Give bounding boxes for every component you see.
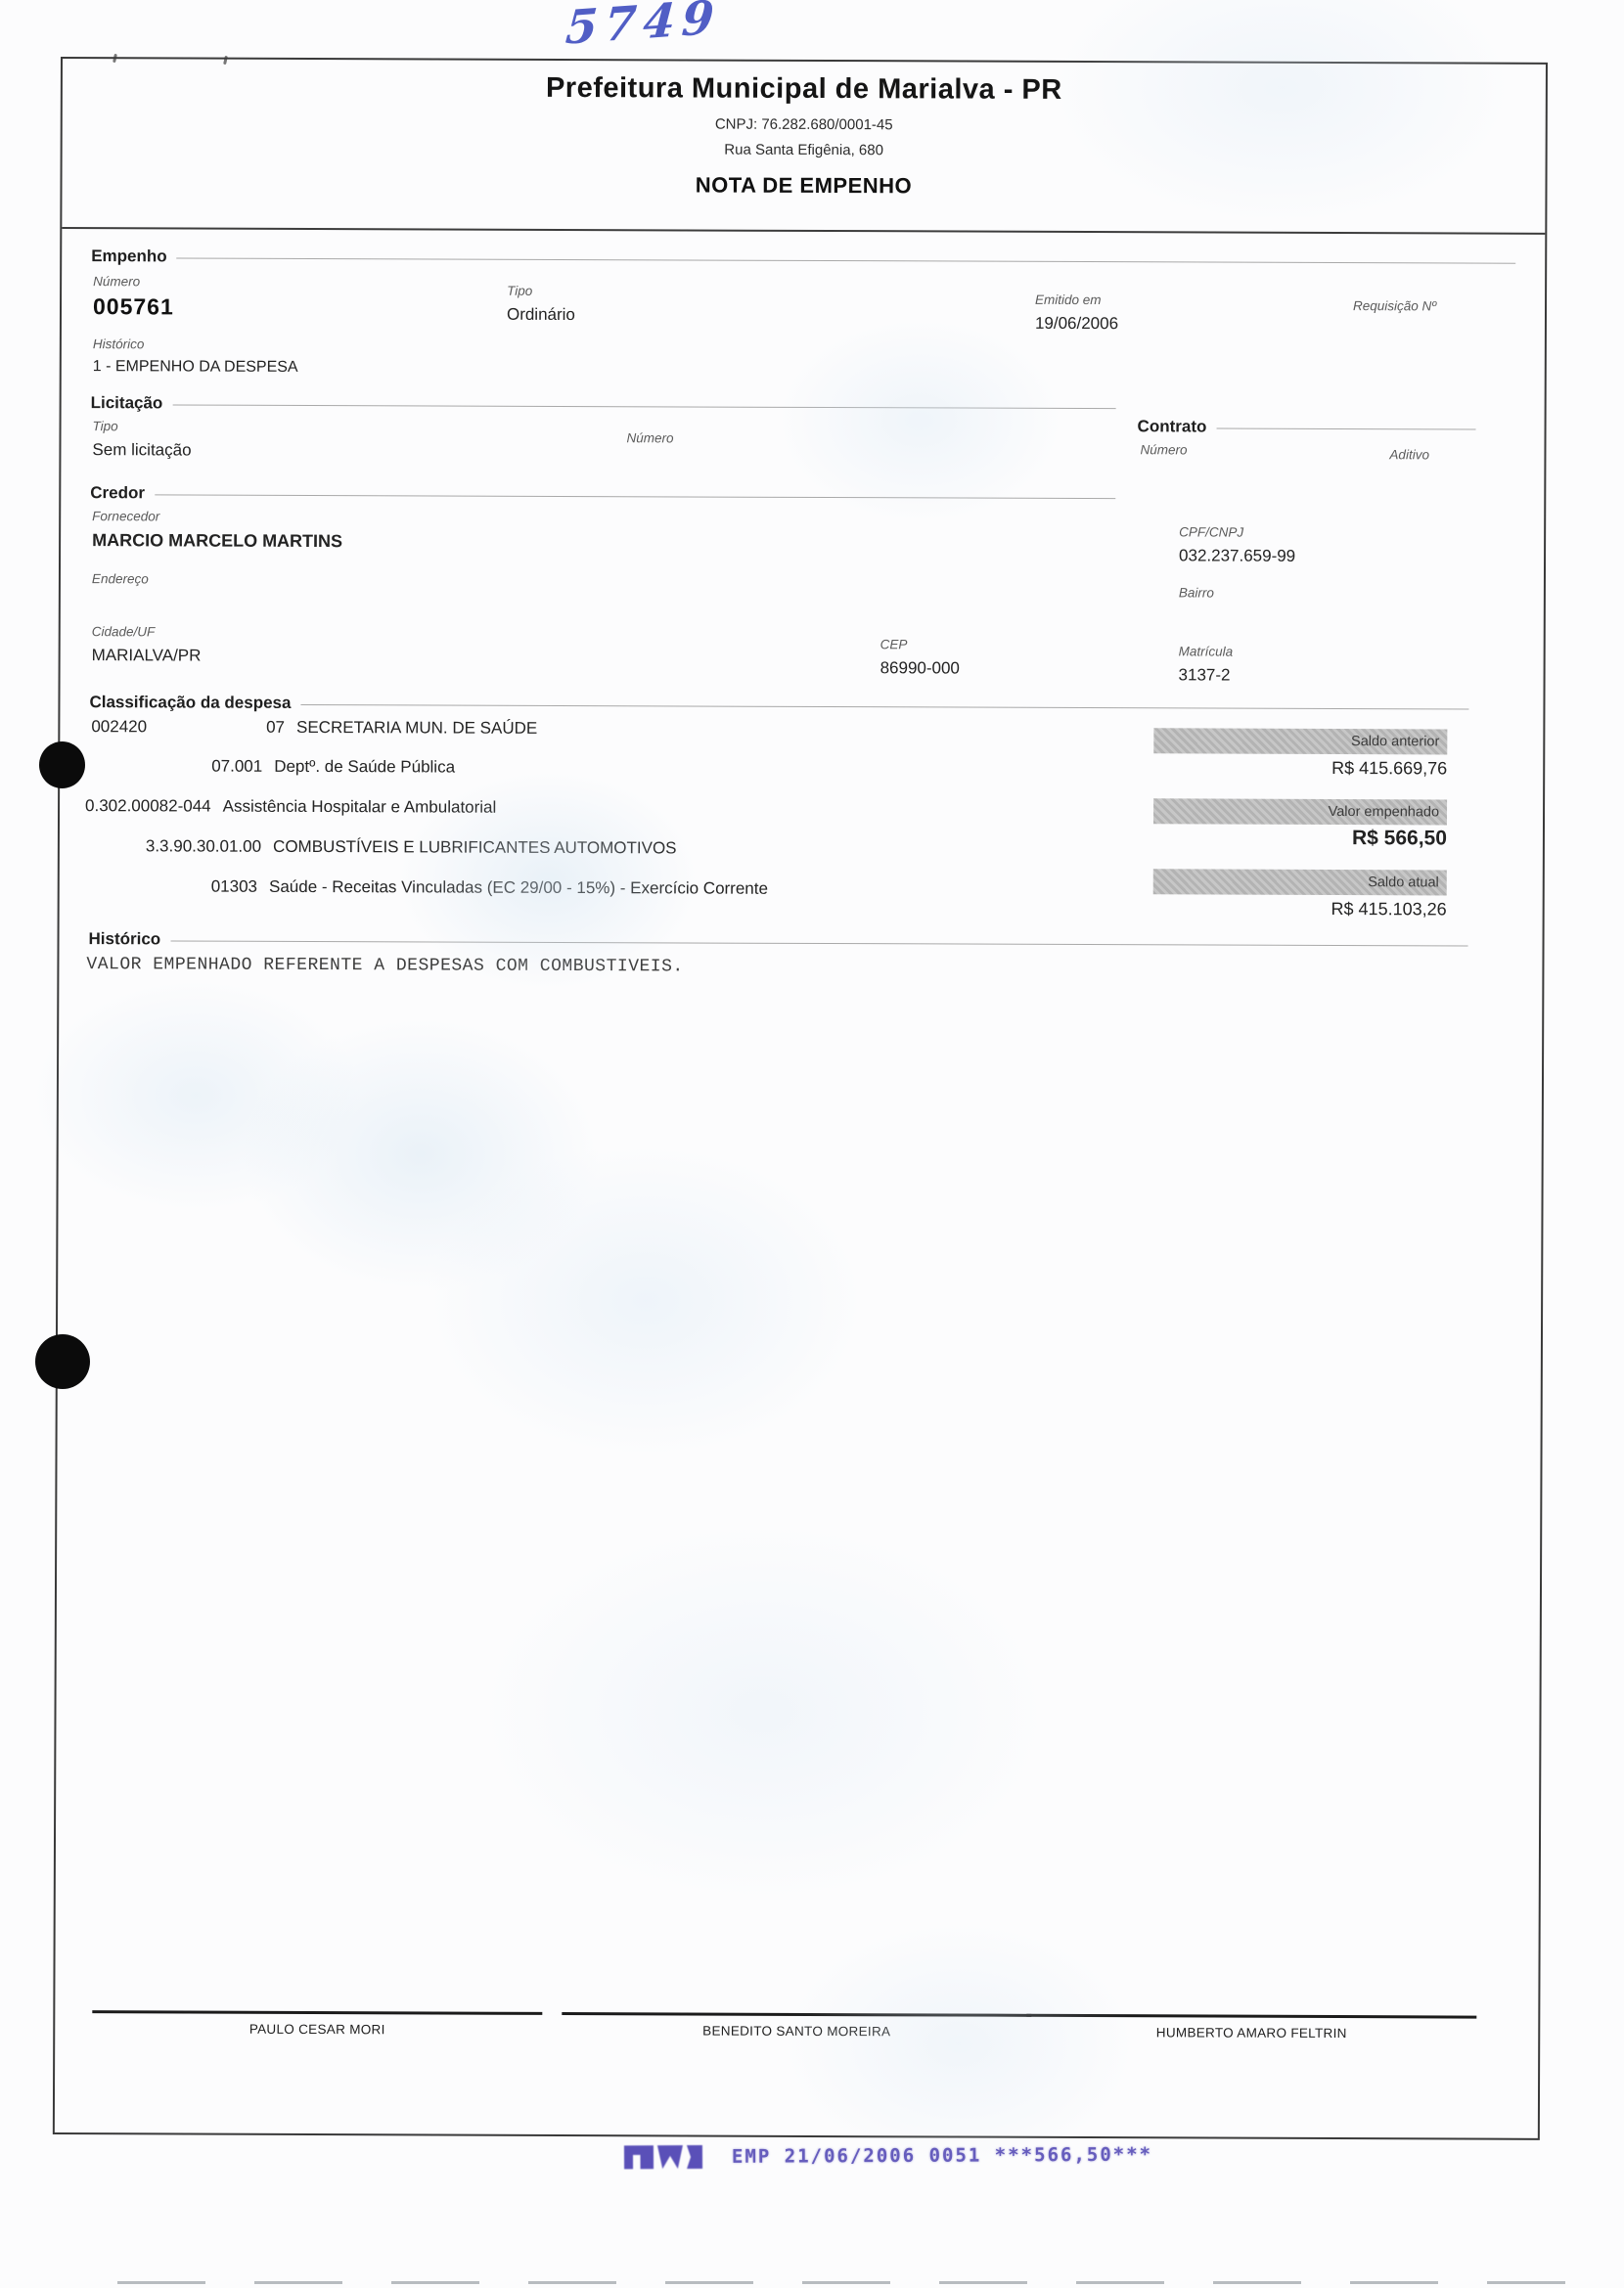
section-rule: [1216, 428, 1475, 430]
fornecedor-label: Fornecedor: [92, 509, 159, 523]
classificacao-code: 3.3.90.30.01.00: [146, 836, 261, 856]
emitido-em-value: 19/06/2006: [1035, 314, 1118, 334]
section-classificacao-label: Classificação da despesa: [89, 693, 291, 713]
contrato-numero-label: Número: [1140, 442, 1187, 457]
classificacao-desc: COMBUSTÍVEIS E LUBRIFICANTES AUTOMOTIVOS: [273, 837, 677, 859]
cidade-uf-value: MARIALVA/PR: [92, 646, 202, 665]
saldo-anterior-bar: Saldo anterior: [1153, 728, 1447, 754]
org-cnpj: CNPJ: 76.282.680/0001-45: [63, 113, 1546, 136]
classificacao-prefix: 002420: [91, 717, 147, 737]
empenho-historico-value: 1 - EMPENHO DA DESPESA: [93, 358, 298, 377]
section-credor: Credor: [90, 483, 1115, 507]
empenho-numero-value: 005761: [93, 293, 174, 320]
classificacao-desc: SECRETARIA MUN. DE SAÚDE: [296, 718, 537, 739]
classificacao-row: 002420 07 SECRETARIA MUN. DE SAÚDE: [91, 717, 537, 739]
historico-text: VALOR EMPENHADO REFERENTE A DESPESAS COM…: [86, 955, 683, 976]
licitacao-numero-label: Número: [626, 430, 673, 445]
licitacao-tipo-label: Tipo: [93, 419, 118, 433]
punch-hole: [39, 741, 85, 788]
valor-empenhado-bar: Valor empenhado: [1153, 798, 1447, 825]
section-rule: [170, 940, 1467, 946]
classificacao-code: 07.001: [211, 757, 262, 777]
matricula-value: 3137-2: [1179, 665, 1231, 685]
classificacao-code: 0.302.00082-044: [85, 796, 211, 816]
endereco-label: Endereço: [92, 571, 149, 586]
empenho-historico-label: Histórico: [93, 336, 145, 351]
cidade-uf-label: Cidade/UF: [92, 624, 156, 639]
punch-hole: [35, 1334, 90, 1389]
saldo-anterior-value: R$ 415.669,76: [1153, 757, 1447, 779]
classificacao-row: 01303 Saúde - Receitas Vinculadas (EC 29…: [211, 877, 768, 899]
section-historico-label: Histórico: [88, 929, 160, 949]
section-credor-label: Credor: [90, 483, 145, 503]
classificacao-row: 0.302.00082-044 Assistência Hospitalar e…: [85, 796, 496, 818]
header-divider: [62, 227, 1545, 235]
section-rule: [177, 257, 1516, 263]
empenho-tipo-label: Tipo: [507, 284, 532, 298]
classificacao-row: 07.001 Deptº. de Saúde Pública: [211, 757, 455, 778]
emitido-em-label: Emitido em: [1035, 292, 1102, 307]
validation-stamp: EMP 21/06/2006 0051 ***566,50***: [624, 2143, 1152, 2170]
section-licitacao: Licitação: [91, 393, 1116, 417]
empenho-numero-label: Número: [93, 274, 140, 289]
matricula-label: Matrícula: [1179, 644, 1234, 658]
section-rule: [155, 494, 1115, 499]
fornecedor-value: MARCIO MARCELO MARTINS: [92, 530, 342, 552]
section-licitacao-label: Licitação: [91, 393, 163, 413]
saldo-atual-bar: Saldo atual: [1153, 869, 1447, 895]
licitacao-tipo-value: Sem licitação: [92, 440, 191, 460]
org-title: Prefeitura Municipal de Marialva - PR: [63, 70, 1546, 109]
section-contrato-label: Contrato: [1138, 417, 1207, 436]
handwritten-number: 5749: [564, 0, 722, 56]
section-rule: [172, 404, 1115, 409]
cep-value: 86990-000: [880, 658, 960, 678]
stamp-text: EMP 21/06/2006 0051 ***566,50***: [732, 2144, 1152, 2168]
classificacao-code: 01303: [211, 877, 257, 897]
valor-empenhado-value: R$ 566,50: [1153, 826, 1447, 850]
signature-line: BENEDITO SANTO MOREIRA: [562, 2012, 1031, 2040]
classificacao-desc: Assistência Hospitalar e Ambulatorial: [223, 797, 497, 818]
empenho-tipo-value: Ordinário: [507, 305, 575, 325]
dot-matrix-emblem-icon: [624, 2145, 702, 2169]
classificacao-desc: Deptº. de Saúde Pública: [274, 757, 455, 778]
section-empenho-label: Empenho: [91, 247, 167, 266]
classificacao-code: 07: [266, 718, 285, 738]
document-title: NOTA DE EMPENHO: [62, 170, 1545, 202]
saldo-atual-value: R$ 415.103,26: [1153, 898, 1447, 920]
contrato-aditivo-label: Aditivo: [1389, 447, 1429, 462]
org-address: Rua Santa Efigênia, 680: [63, 139, 1546, 161]
classificacao-row: 3.3.90.30.01.00 COMBUSTÍVEIS E LUBRIFICA…: [146, 836, 677, 858]
section-historico: Histórico: [88, 929, 1467, 954]
signature-line: PAULO CESAR MORI: [92, 2010, 542, 2038]
nota-de-empenho-form: Prefeitura Municipal de Marialva - PR CN…: [53, 57, 1548, 2140]
cep-label: CEP: [880, 637, 908, 651]
section-classificacao: Classificação da despesa: [89, 693, 1468, 717]
section-empenho: Empenho: [91, 247, 1515, 272]
cpf-cnpj-value: 032.237.659-99: [1179, 546, 1295, 565]
bairro-label: Bairro: [1179, 585, 1214, 600]
requisicao-label: Requisição Nº: [1353, 298, 1436, 313]
section-rule: [300, 704, 1468, 710]
classificacao-desc: Saúde - Receitas Vinculadas (EC 29/00 - …: [269, 877, 768, 899]
cpf-cnpj-label: CPF/CNPJ: [1179, 524, 1243, 539]
section-contrato: Contrato: [1138, 417, 1476, 437]
signature-line: HUMBERTO AMARO FELTRIN: [1026, 2014, 1476, 2041]
scan-edge: [117, 2281, 1565, 2284]
